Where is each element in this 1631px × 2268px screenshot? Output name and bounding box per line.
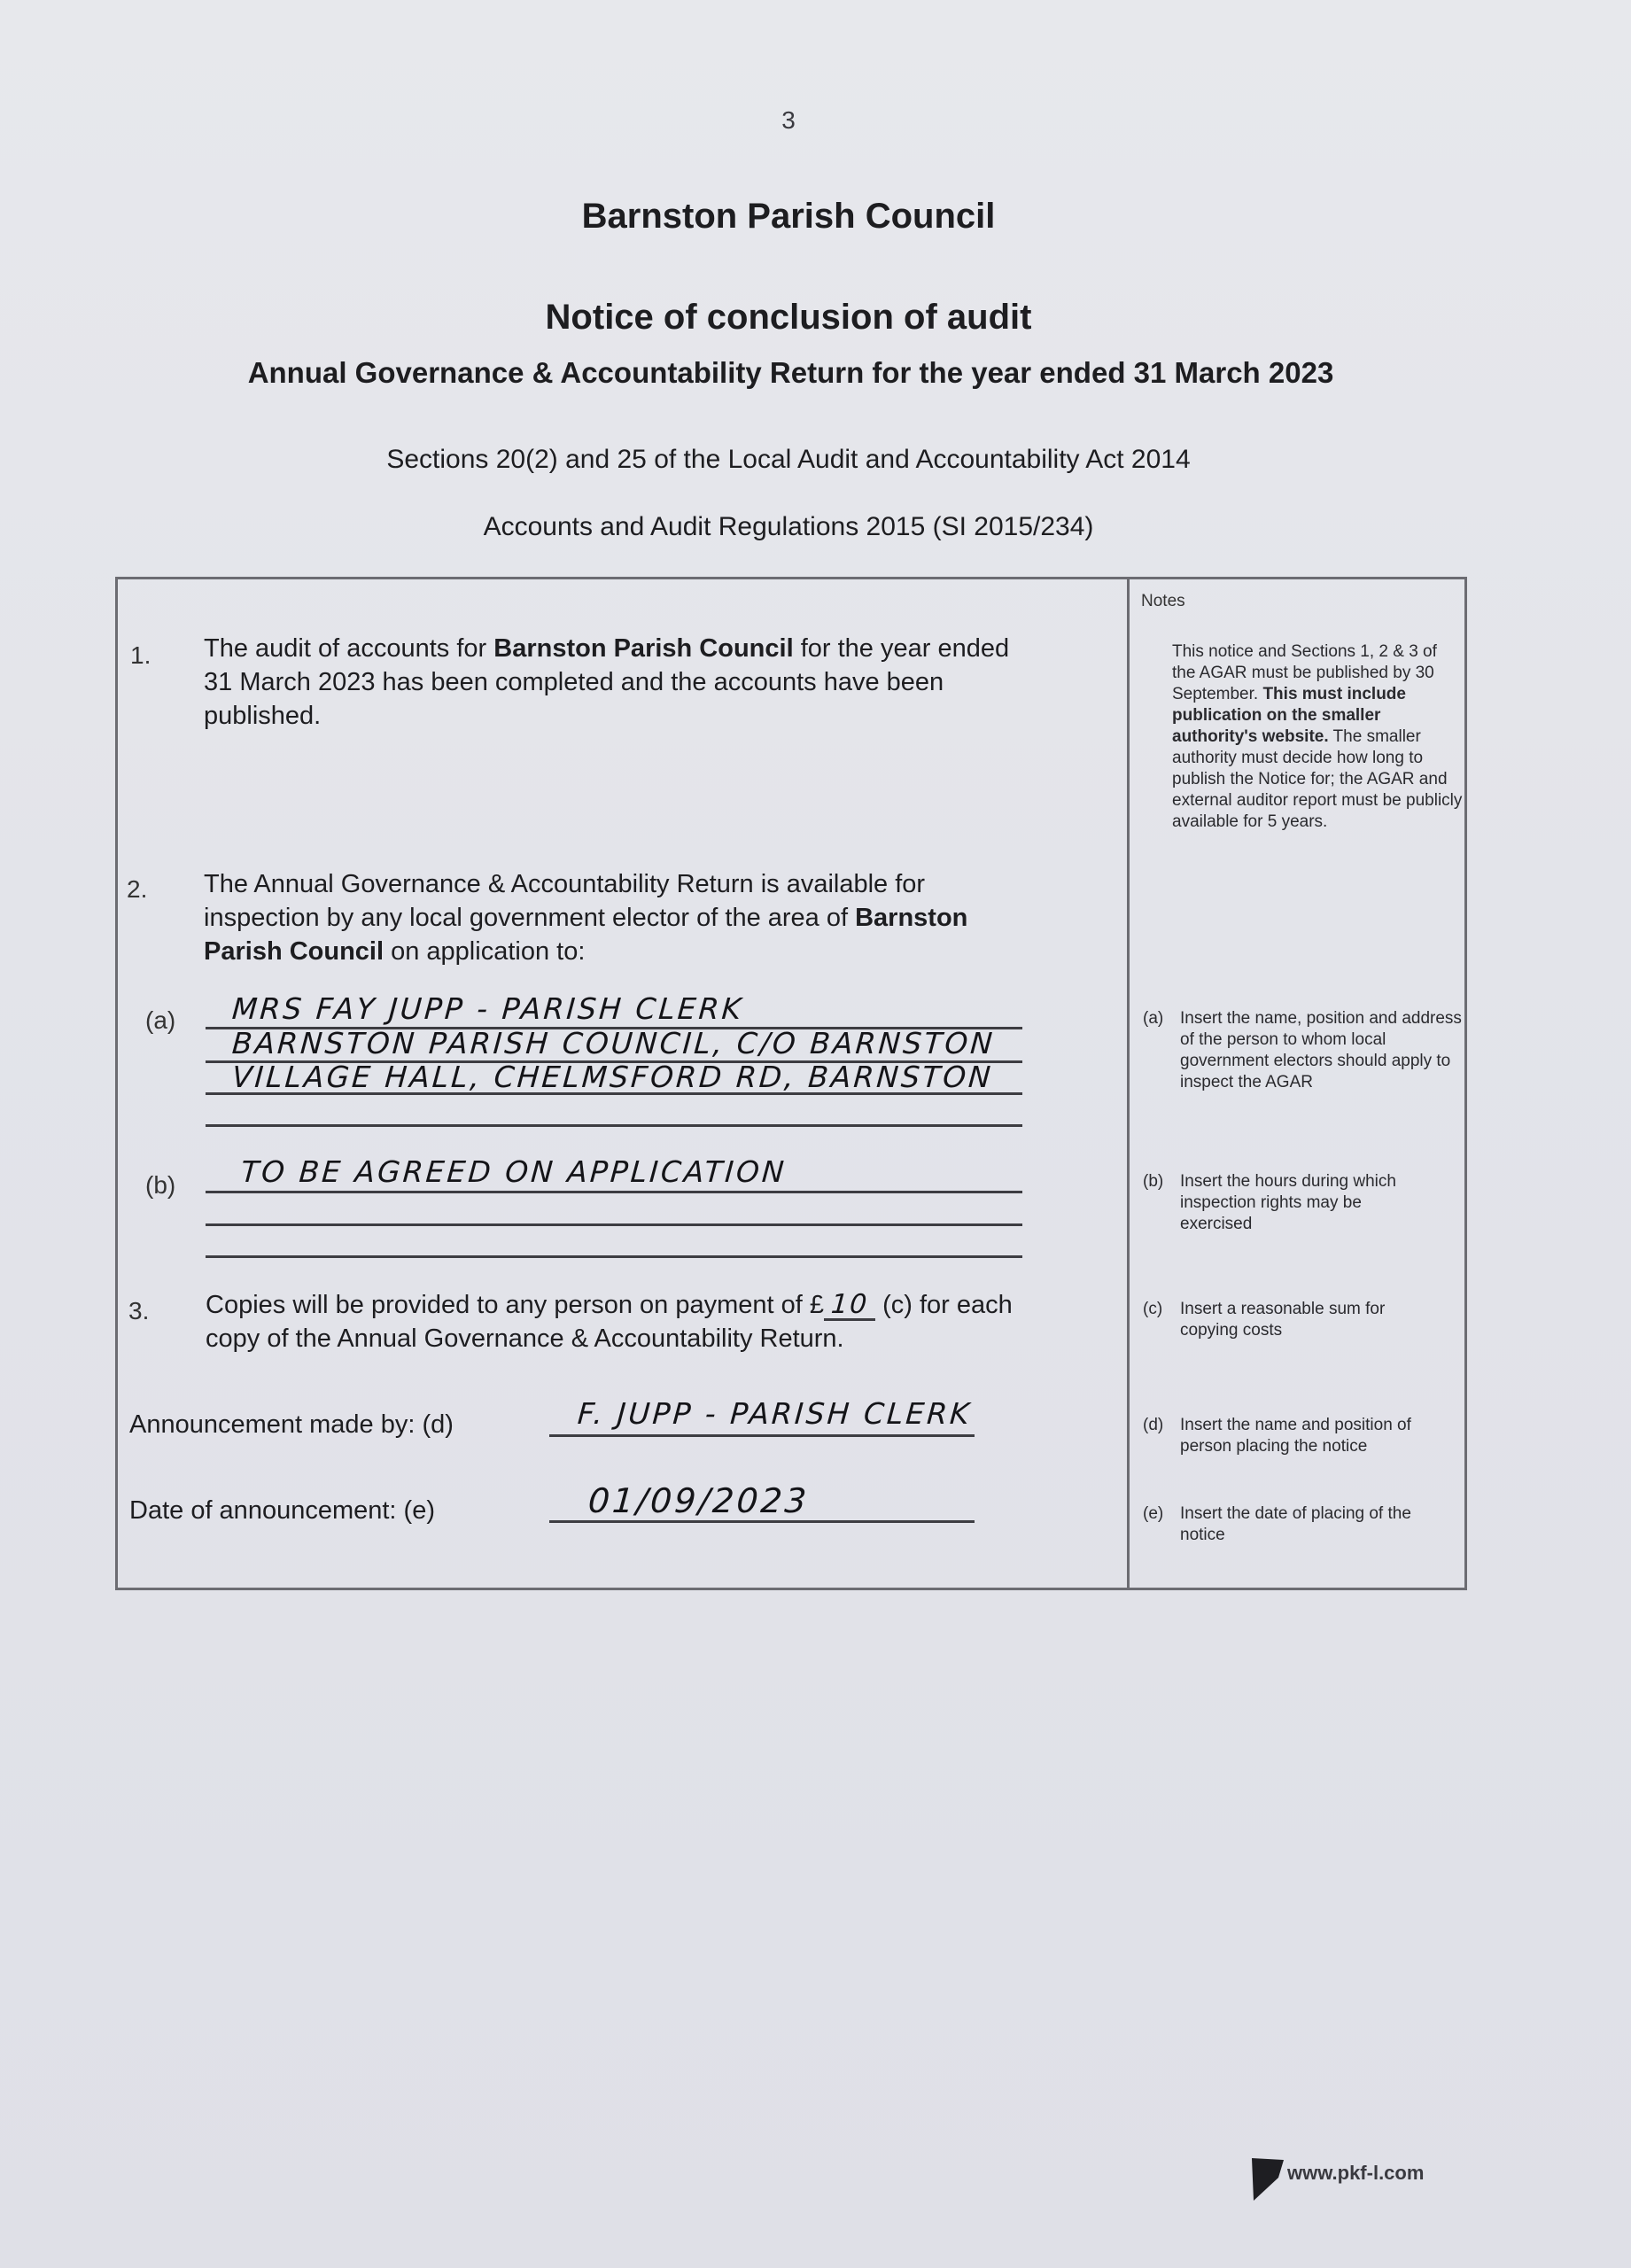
field-b-rule-3 <box>206 1255 1022 1258</box>
item-3-text: Copies will be provided to any person on… <box>206 1288 1127 1355</box>
note-a: (a) Insert the name, position and addres… <box>1143 1008 1471 1093</box>
item-1-line-3: published. <box>204 699 1116 733</box>
item-2-number: 2. <box>127 875 147 904</box>
note-a-text: Insert the name, position and address of… <box>1180 1008 1464 1093</box>
field-b-rule-2 <box>206 1223 1022 1226</box>
note-e-text: Insert the date of placing of the notice <box>1180 1503 1455 1546</box>
field-a-rule-3 <box>206 1092 1022 1095</box>
note-b-text: Insert the hours during which inspection… <box>1180 1171 1437 1235</box>
page-number: 3 <box>0 106 1577 135</box>
note-c: (c) Insert a reasonable sum for copying … <box>1143 1299 1471 1341</box>
item-3-text-a: Copies will be provided to any person on… <box>206 1291 824 1319</box>
field-a-rule-4 <box>206 1124 1022 1127</box>
item-3-line-2: copy of the Annual Governance & Accounta… <box>206 1322 1127 1355</box>
date-rule <box>549 1520 975 1523</box>
notes-heading: Notes <box>1141 592 1185 611</box>
item-1-text: The audit of accounts for Barnston Paris… <box>204 632 1116 733</box>
item-2-bold-a: Barnston <box>855 904 967 932</box>
council-name: Barnston Parish Council <box>0 197 1577 237</box>
item-1-number: 1. <box>130 641 151 670</box>
item-2-line-3: on application to: <box>384 937 585 966</box>
note-b-label: (b) <box>1143 1171 1180 1235</box>
item-2-text: The Annual Governance & Accountability R… <box>204 867 1116 968</box>
copy-fee-amount[interactable]: 10 <box>830 1292 869 1318</box>
item-2-bold-b: Parish Council <box>204 937 384 966</box>
note-e: (e) Insert the date of placing of the no… <box>1143 1503 1471 1546</box>
announcement-value[interactable]: F. JUPP - PARISH CLERK <box>577 1396 974 1431</box>
field-a-line-2[interactable]: BARNSTON PARISH COUNCIL, C/O BARNSTON <box>231 1026 997 1060</box>
field-b-label: (b) <box>145 1171 175 1200</box>
note-d: (d) Insert the name and position of pers… <box>1143 1415 1471 1457</box>
field-a-line-3[interactable]: VILLAGE HALL, CHELMSFORD RD, BARNSTON <box>231 1060 995 1094</box>
item-2-line-2: inspection by any local government elect… <box>204 904 855 932</box>
field-a-label: (a) <box>145 1006 175 1035</box>
note-c-text: Insert a reasonable sum for copying cost… <box>1180 1299 1428 1341</box>
notice-title: Notice of conclusion of audit <box>0 298 1577 338</box>
announcement-label: Announcement made by: (d) <box>129 1408 454 1441</box>
item-2-line-1: The Annual Governance & Accountability R… <box>204 867 1116 901</box>
notes-main: This notice and Sections 1, 2 & 3 of the… <box>1172 641 1464 833</box>
footer-url[interactable]: www.pkf-l.com <box>1287 2162 1424 2185</box>
field-b-line-1[interactable]: TO BE AGREED ON APPLICATION <box>240 1154 788 1189</box>
item-1-text-a: The audit of accounts for <box>204 634 493 663</box>
field-a-line-1[interactable]: MRS FAY JUPP - PARISH CLERK <box>231 991 745 1026</box>
item-3-number: 3. <box>128 1297 149 1325</box>
pkf-logo-icon <box>1252 2158 1285 2201</box>
item-1-line-2: 31 March 2023 has been completed and the… <box>204 665 1116 699</box>
note-d-text: Insert the name and position of person p… <box>1180 1415 1464 1457</box>
note-e-label: (e) <box>1143 1503 1180 1546</box>
field-b-rule-1 <box>206 1191 1022 1193</box>
legislation-sections: Sections 20(2) and 25 of the Local Audit… <box>0 445 1577 475</box>
note-a-label: (a) <box>1143 1008 1180 1093</box>
date-value[interactable]: 01/09/2023 <box>586 1481 810 1520</box>
note-b: (b) Insert the hours during which inspec… <box>1143 1171 1471 1235</box>
announcement-rule <box>549 1434 975 1437</box>
note-d-label: (d) <box>1143 1415 1180 1457</box>
item-3-text-b: (c) for each <box>875 1291 1013 1319</box>
legislation-regulations: Accounts and Audit Regulations 2015 (SI … <box>0 512 1577 542</box>
column-divider <box>1127 579 1130 1588</box>
note-c-label: (c) <box>1143 1299 1180 1341</box>
agar-title: Annual Governance & Accountability Retur… <box>0 356 1581 390</box>
item-1-text-b: for the year ended <box>794 634 1009 663</box>
item-1-council-name: Barnston Parish Council <box>493 634 793 663</box>
date-label: Date of announcement: (e) <box>129 1494 435 1527</box>
